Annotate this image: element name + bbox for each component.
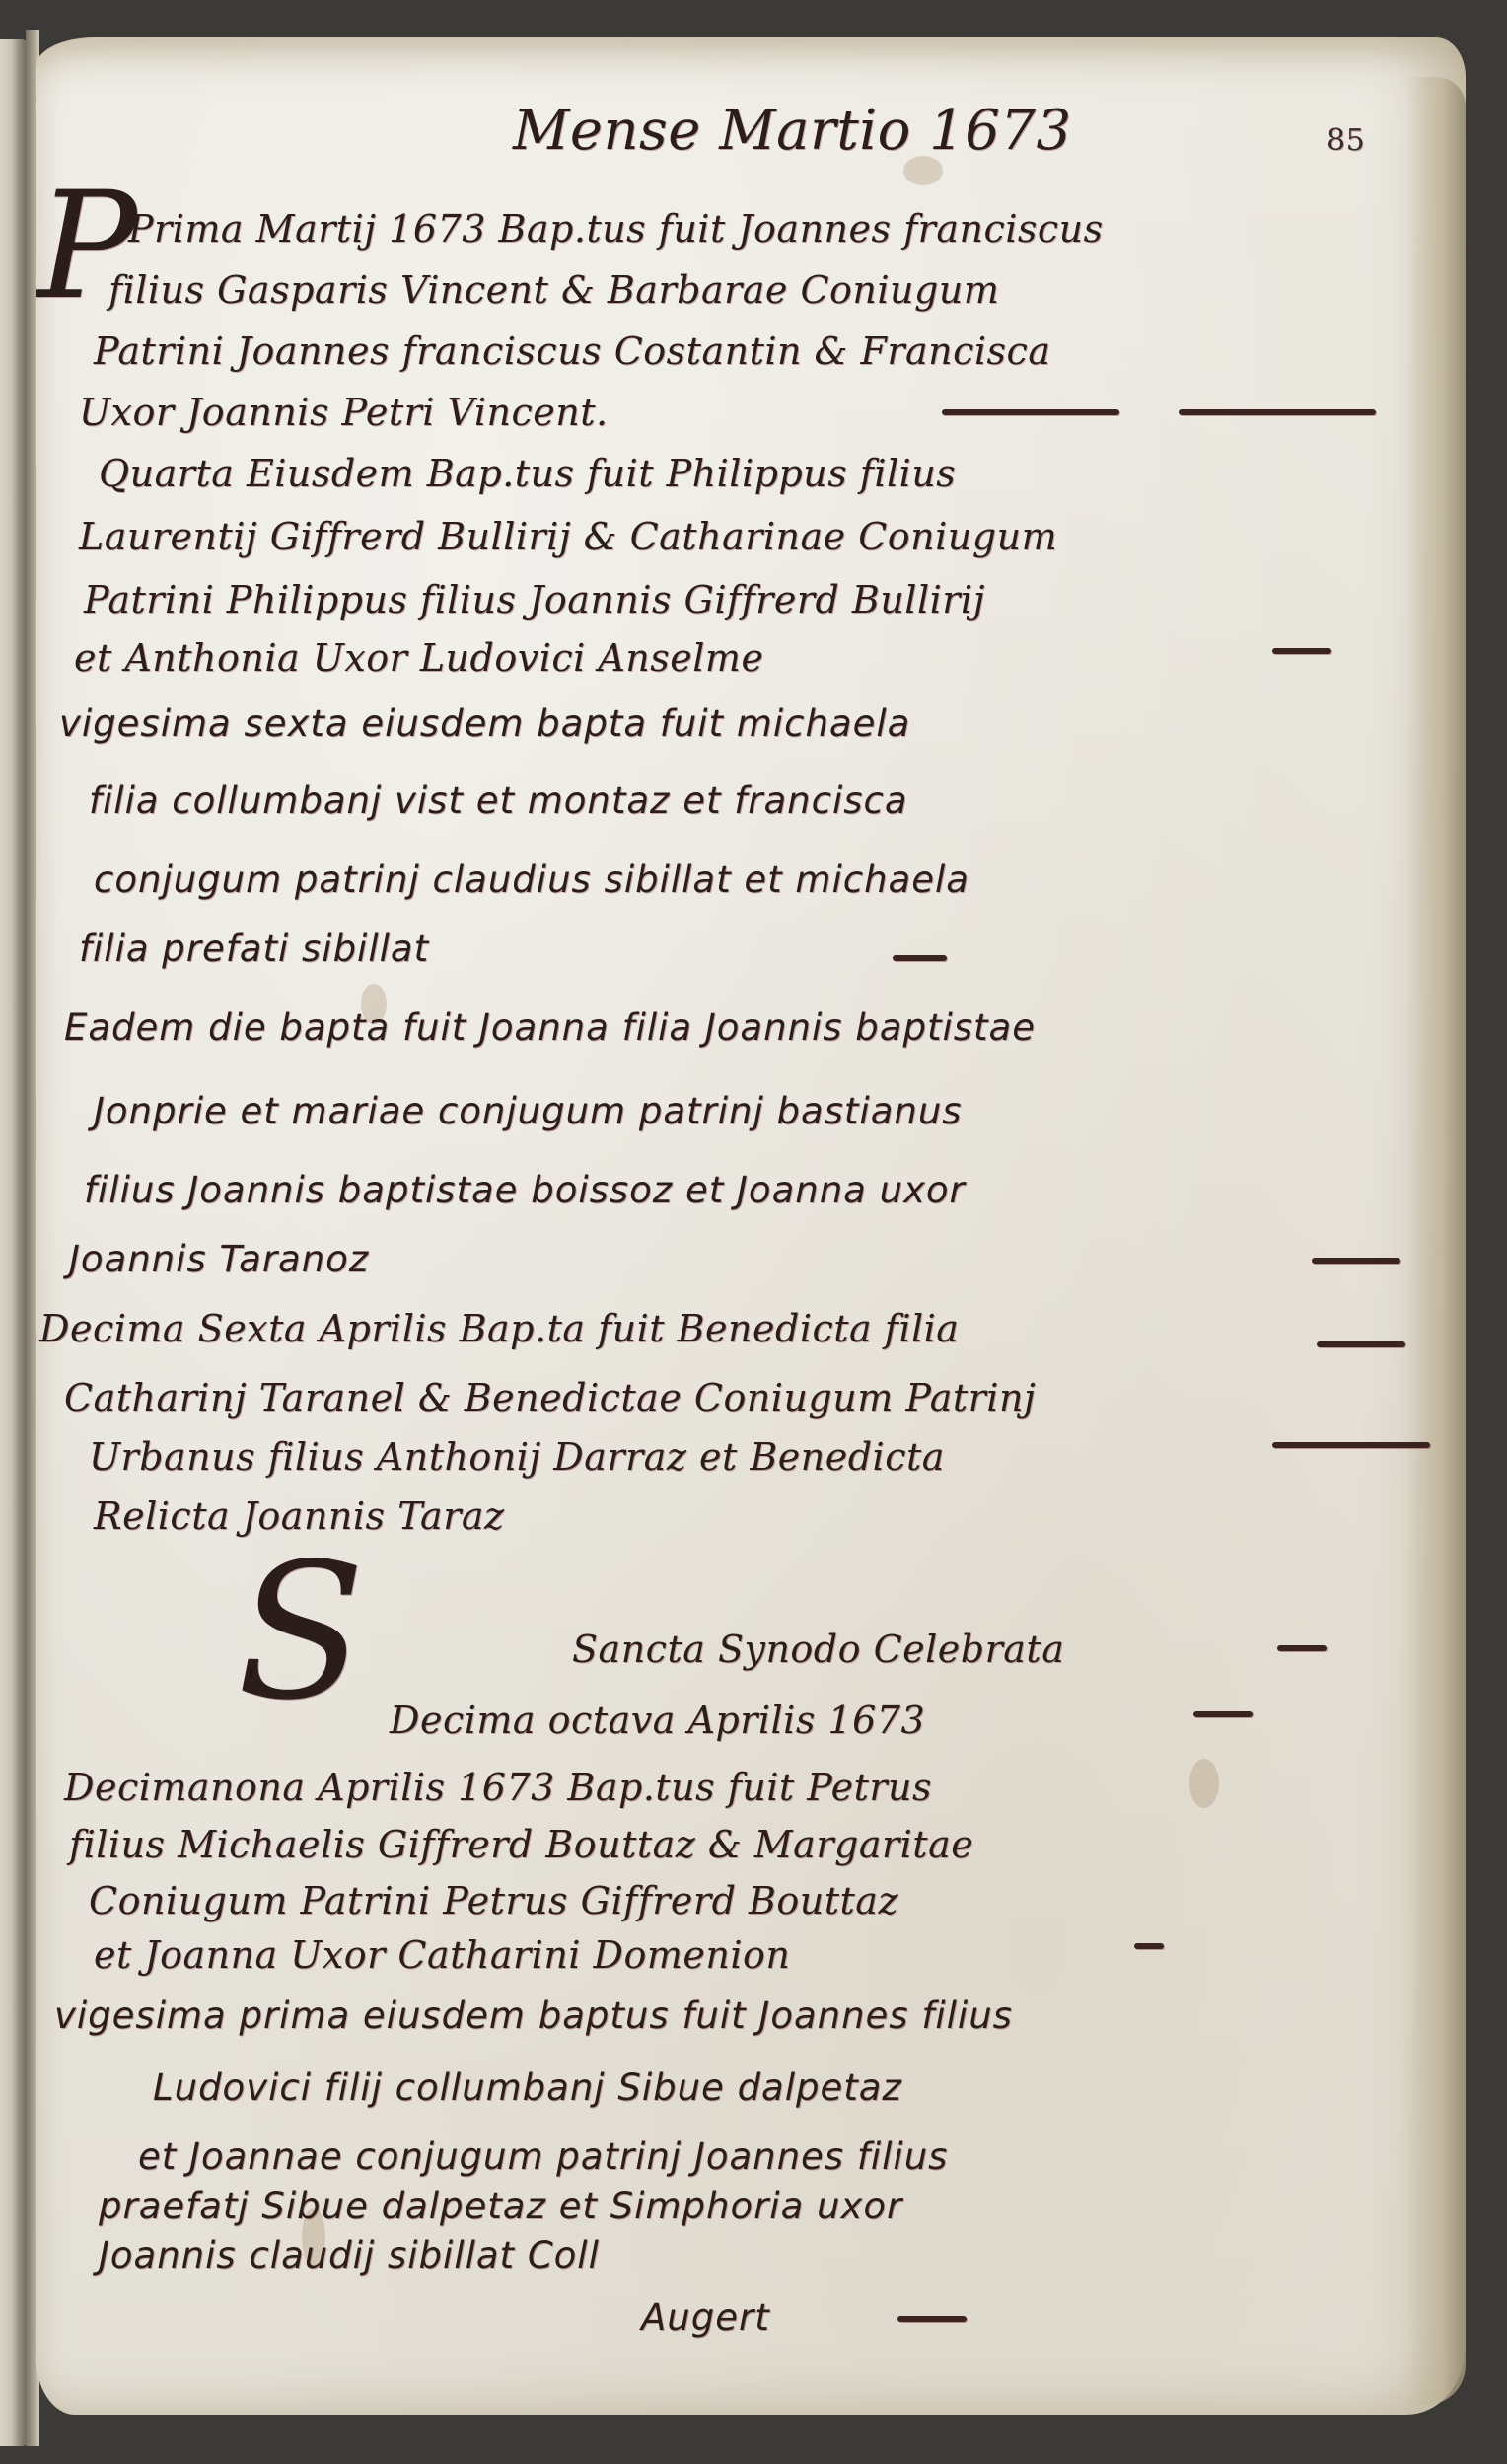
signature: Augert — [641, 2296, 770, 2339]
entry-line: filius Joannis baptistae boissoz et Joan… — [84, 1169, 966, 1211]
entry-line: Decima Sexta Aprilis Bap.ta fuit Benedic… — [39, 1307, 959, 1350]
worn-page-edge — [1406, 77, 1466, 2405]
entry-line: conjugum patrinj claudius sibillat et mi… — [94, 858, 969, 901]
entry-line: Laurentij Giffrerd Bullirij & Catharinae… — [79, 515, 1057, 558]
entry-line: Catharinj Taranel & Benedictae Coniugum … — [64, 1376, 1036, 1419]
line-filler-rule — [1317, 1341, 1405, 1347]
entry-line: et Anthonia Uxor Ludovici Anselme — [74, 636, 763, 680]
line-filler-rule — [1272, 1442, 1430, 1448]
entry-line: Patrini Philippus filius Joannis Giffrer… — [84, 578, 985, 621]
entry-line: Quarta Eiusdem Bap.tus fuit Philippus fi… — [99, 452, 956, 495]
entry-line: filius Gasparis Vincent & Barbarae Coniu… — [108, 268, 999, 312]
entry-line: filia collumbanj vist et montaz et franc… — [89, 779, 908, 822]
entry-line: Joannis Taranoz — [69, 1238, 369, 1280]
entry-line: Jonprie et mariae conjugum patrinj basti… — [94, 1090, 963, 1132]
synod-note-line: Decima octava Aprilis 1673 — [390, 1699, 925, 1742]
entry-line: vigesima prima eiusdem baptus fuit Joann… — [54, 1994, 1013, 2037]
line-filler-rule — [1134, 1943, 1164, 1949]
line-filler-rule — [1312, 1258, 1400, 1264]
entry-line: Patrini Joannes franciscus Costantin & F… — [94, 329, 1051, 373]
previous-page-edge — [0, 39, 28, 2446]
entry-line: filia prefati sibillat — [79, 927, 429, 970]
entry-line: filius Michaelis Giffrerd Bouttaz & Marg… — [69, 1823, 973, 1866]
entry-line: vigesima sexta eiusdem bapta fuit michae… — [59, 702, 910, 745]
entry-line: Eadem die bapta fuit Joanna filia Joanni… — [64, 1006, 1036, 1049]
entry-line: Joannis claudij sibillat Coll — [99, 2234, 600, 2277]
synod-note-line: Sancta Synodo Celebrata — [572, 1628, 1064, 1671]
entry-line: et Joanna Uxor Catharini Domenion — [94, 1933, 790, 1977]
line-filler-rule — [1272, 648, 1331, 654]
synod-initial: S — [237, 1539, 366, 1726]
line-filler-rule — [1277, 1645, 1327, 1651]
entry-line: Ludovici filij collumbanj Sibue dalpetaz — [153, 2066, 902, 2109]
entry-line: Urbanus filius Anthonij Darraz et Benedi… — [89, 1435, 945, 1479]
entry-line: Decimanona Aprilis 1673 Bap.tus fuit Pet… — [64, 1766, 932, 1809]
entry-line: praefatj Sibue dalpetaz et Simphoria uxo… — [99, 2185, 902, 2227]
entry-line: Prima Martij 1673 Bap.tus fuit Joannes f… — [128, 207, 1104, 251]
entry-line: Coniugum Patrini Petrus Giffrerd Bouttaz — [89, 1879, 898, 1922]
ink-stain — [1189, 1759, 1219, 1808]
line-filler-rule — [1193, 1711, 1253, 1717]
line-filler-rule — [897, 2316, 967, 2322]
line-filler-rule — [1179, 409, 1376, 415]
entry-line: Uxor Joannis Petri Vincent. — [79, 391, 609, 434]
line-filler-rule — [893, 955, 947, 961]
entry-line: et Joannae conjugum patrinj Joannes fili… — [138, 2136, 948, 2178]
page-number: 85 — [1327, 123, 1365, 158]
page-heading: Mense Martio 1673 — [513, 99, 1072, 163]
line-filler-rule — [942, 409, 1119, 415]
